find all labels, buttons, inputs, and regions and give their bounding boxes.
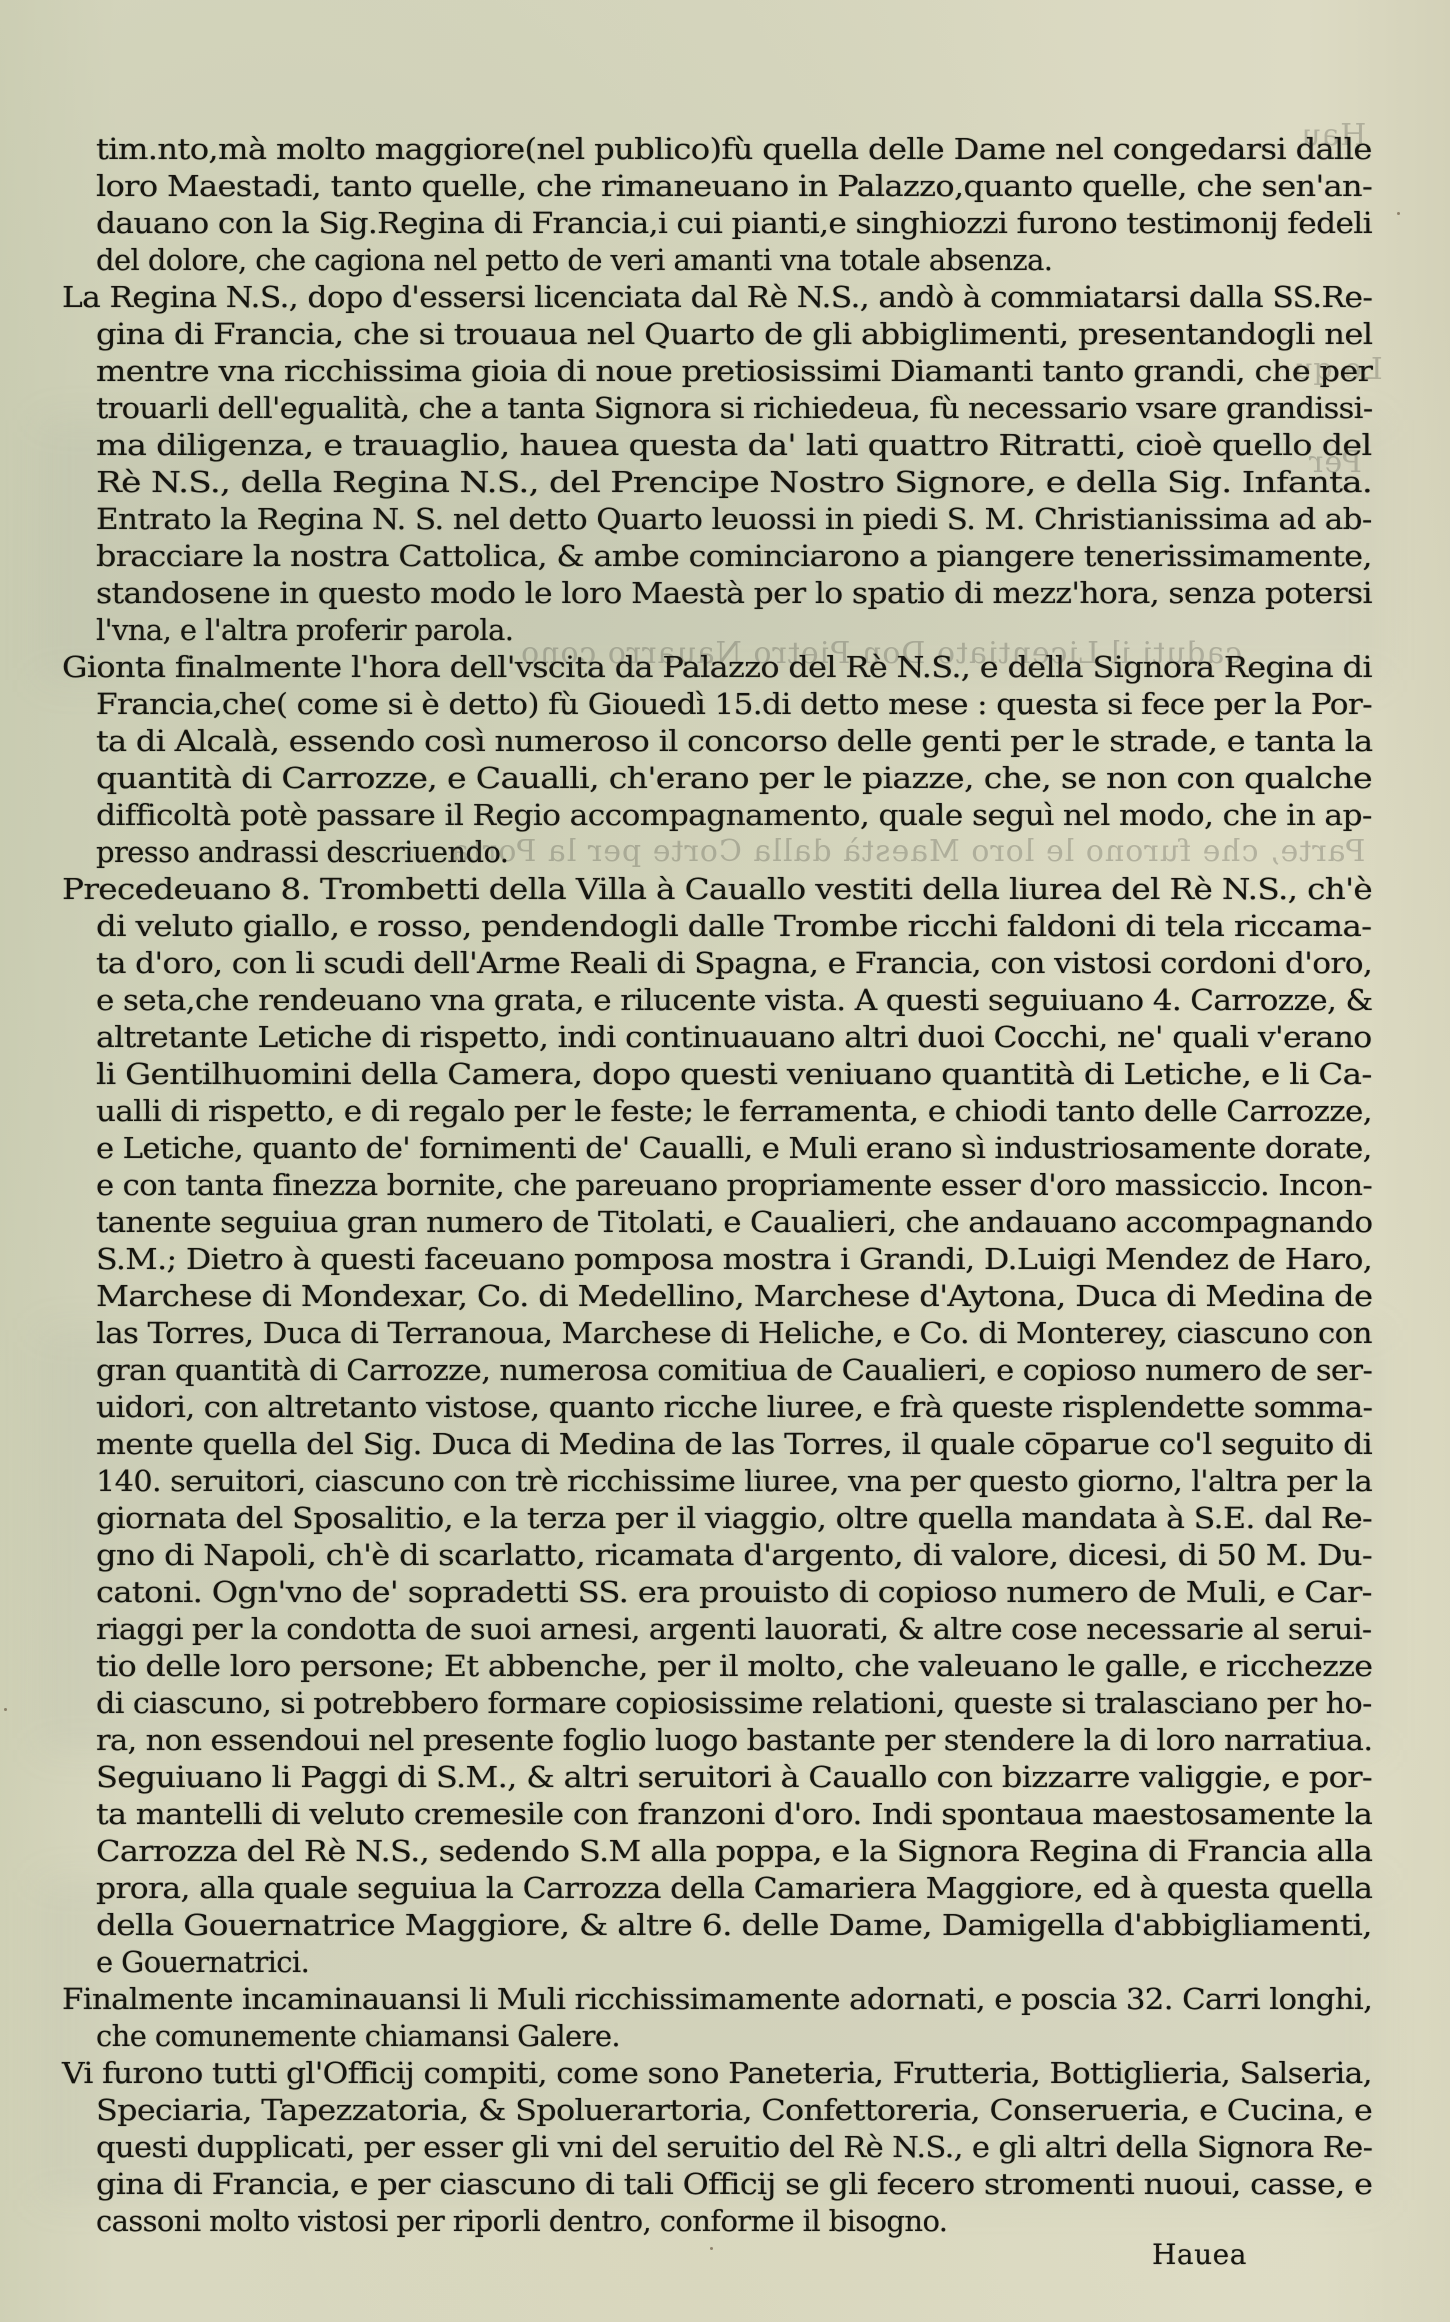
- text-line: Francia,che( come si è detto) fù Giouedì…: [96, 686, 1372, 722]
- text-line: S.M.; Dietro à questi faceuano pomposa m…: [96, 1241, 1372, 1277]
- text-line: che comunemente chiamansi Galere.: [96, 2018, 620, 2054]
- text-line: mentre vna ricchissima gioia di noue pre…: [96, 353, 1372, 389]
- text-line: loro Maestadi, tanto quelle, che rimaneu…: [96, 168, 1372, 204]
- text-line: gina di Francia, e per ciascuno di tali …: [96, 2166, 1372, 2202]
- text-line: Entrato la Regina N. S. nel detto Quarto…: [96, 501, 1372, 537]
- text-line: tim.nto,mà molto maggiore(nel publico)fù…: [96, 131, 1372, 167]
- paper-speck: [4, 1708, 7, 1711]
- text-line: ta mantelli di veluto cremesile con fran…: [96, 1796, 1372, 1832]
- text-line: tio delle loro persone; Et abbenche, per…: [96, 1648, 1372, 1684]
- text-line: difficoltà potè passare il Regio accompa…: [96, 797, 1372, 833]
- text-line: di ciascuno, si potrebbero formare copio…: [96, 1685, 1372, 1721]
- text-line: questi dupplicati, per esser gli vni del…: [96, 2129, 1372, 2165]
- text-line: gran quantità di Carrozze, numerosa comi…: [96, 1352, 1372, 1388]
- paragraph-start-line: Gionta finalmente l'hora dell'vscita da …: [62, 649, 1372, 685]
- text-line: catoni. Ogn'vno de' sopradetti SS. era p…: [96, 1574, 1372, 1610]
- text-line: gina di Francia, che si trouaua nel Quar…: [96, 316, 1372, 352]
- text-line: ta d'oro, con li scudi dell'Arme Reali d…: [96, 945, 1372, 981]
- text-line: trouarli dell'egualità, che a tanta Sign…: [96, 390, 1373, 426]
- text-line: prora, alla quale seguiua la Carrozza de…: [96, 1870, 1372, 1906]
- text-line: riaggi per la condotta de suoi arnesi, a…: [96, 1611, 1372, 1647]
- text-line: giornata del Sposalitio, e la terza per …: [96, 1500, 1372, 1536]
- text-line: altretante Letiche di rispetto, indi con…: [96, 1019, 1372, 1055]
- text-line: ta di Alcalà, essendo così numeroso il c…: [96, 723, 1373, 759]
- text-line: e con tanta finezza bornite, che pareuan…: [96, 1167, 1372, 1203]
- text-line: del dolore, che cagiona nel petto de ver…: [96, 242, 1052, 278]
- text-line: Marchese di Mondexar, Co. di Medellino, …: [96, 1278, 1372, 1314]
- text-line: standosene in questo modo le loro Maestà…: [96, 575, 1372, 611]
- document-page: Hau Le qu Per caduti il Licentiato Don P…: [0, 0, 1450, 2322]
- text-line: mente quella del Sig. Duca di Medina de …: [96, 1426, 1372, 1462]
- text-line: della Gouernatrice Maggiore, & altre 6. …: [96, 1907, 1372, 1943]
- paper-speck: [1397, 212, 1400, 215]
- paragraph-start-line: La Regina N.S., dopo d'essersi licenciat…: [62, 279, 1372, 315]
- text-line: di veluto giallo, e rosso, pendendogli d…: [96, 908, 1372, 944]
- paragraph-start-line: Vi furono tutti gl'Officij compiti, come…: [62, 2055, 1372, 2091]
- text-line: Carrozza del Rè N.S., sedendo S.M alla p…: [96, 1833, 1372, 1869]
- paper-speck: [710, 2247, 713, 2250]
- text-line: tanente seguiua gran numero de Titolati,…: [96, 1204, 1372, 1240]
- text-line: presso andrassi descriuendo.: [96, 834, 508, 870]
- text-line: li Gentilhuomini della Camera, dopo ques…: [96, 1056, 1372, 1092]
- paragraph-start-line: Finalmente incaminauansi li Muli ricchis…: [62, 1981, 1372, 2017]
- text-line: quantità di Carrozze, e Caualli, ch'eran…: [96, 760, 1372, 796]
- text-line: las Torres, Duca di Terranoua, Marchese …: [96, 1315, 1372, 1351]
- catchword: Hauea: [1152, 2238, 1247, 2271]
- text-line: l'vna, e l'altra proferir parola.: [96, 612, 513, 648]
- text-line: uidori, con altretanto vistose, quanto r…: [96, 1389, 1372, 1425]
- text-line: Seguiuano li Paggi di S.M., & altri seru…: [96, 1759, 1372, 1795]
- paragraph-start-line: Precedeuano 8. Trombetti della Villa à C…: [62, 871, 1372, 907]
- text-line: e Gouernatrici.: [96, 1944, 309, 1980]
- text-line: ra, non essendoui nel presente foglio lu…: [96, 1722, 1372, 1758]
- text-line: ma diligenza, e trauaglio, hauea questa …: [96, 427, 1372, 463]
- text-line: e Letiche, quanto de' fornimenti de' Cau…: [96, 1130, 1372, 1166]
- text-line: e seta,che rendeuano vna grata, e riluce…: [96, 982, 1372, 1018]
- text-line: Rè N.S., della Regina N.S., del Prencipe…: [96, 464, 1372, 500]
- text-line: dauano con la Sig.Regina di Francia,i cu…: [96, 205, 1372, 241]
- bleed-through-text: Parte, che furono le loro Maestà dalla C…: [450, 834, 1365, 869]
- text-line: Speciaria, Tapezzatoria, & Spoluerartori…: [96, 2092, 1372, 2128]
- text-line: 140. seruitori, ciascuno con trè ricchis…: [96, 1463, 1372, 1499]
- text-line: bracciare la nostra Cattolica, & ambe co…: [96, 538, 1372, 574]
- text-line: cassoni molto vistosi per riporli dentro…: [96, 2203, 947, 2239]
- text-line: gno di Napoli, ch'è di scarlatto, ricama…: [96, 1537, 1372, 1573]
- text-line: ualli di rispetto, e di regalo per le fe…: [96, 1093, 1372, 1129]
